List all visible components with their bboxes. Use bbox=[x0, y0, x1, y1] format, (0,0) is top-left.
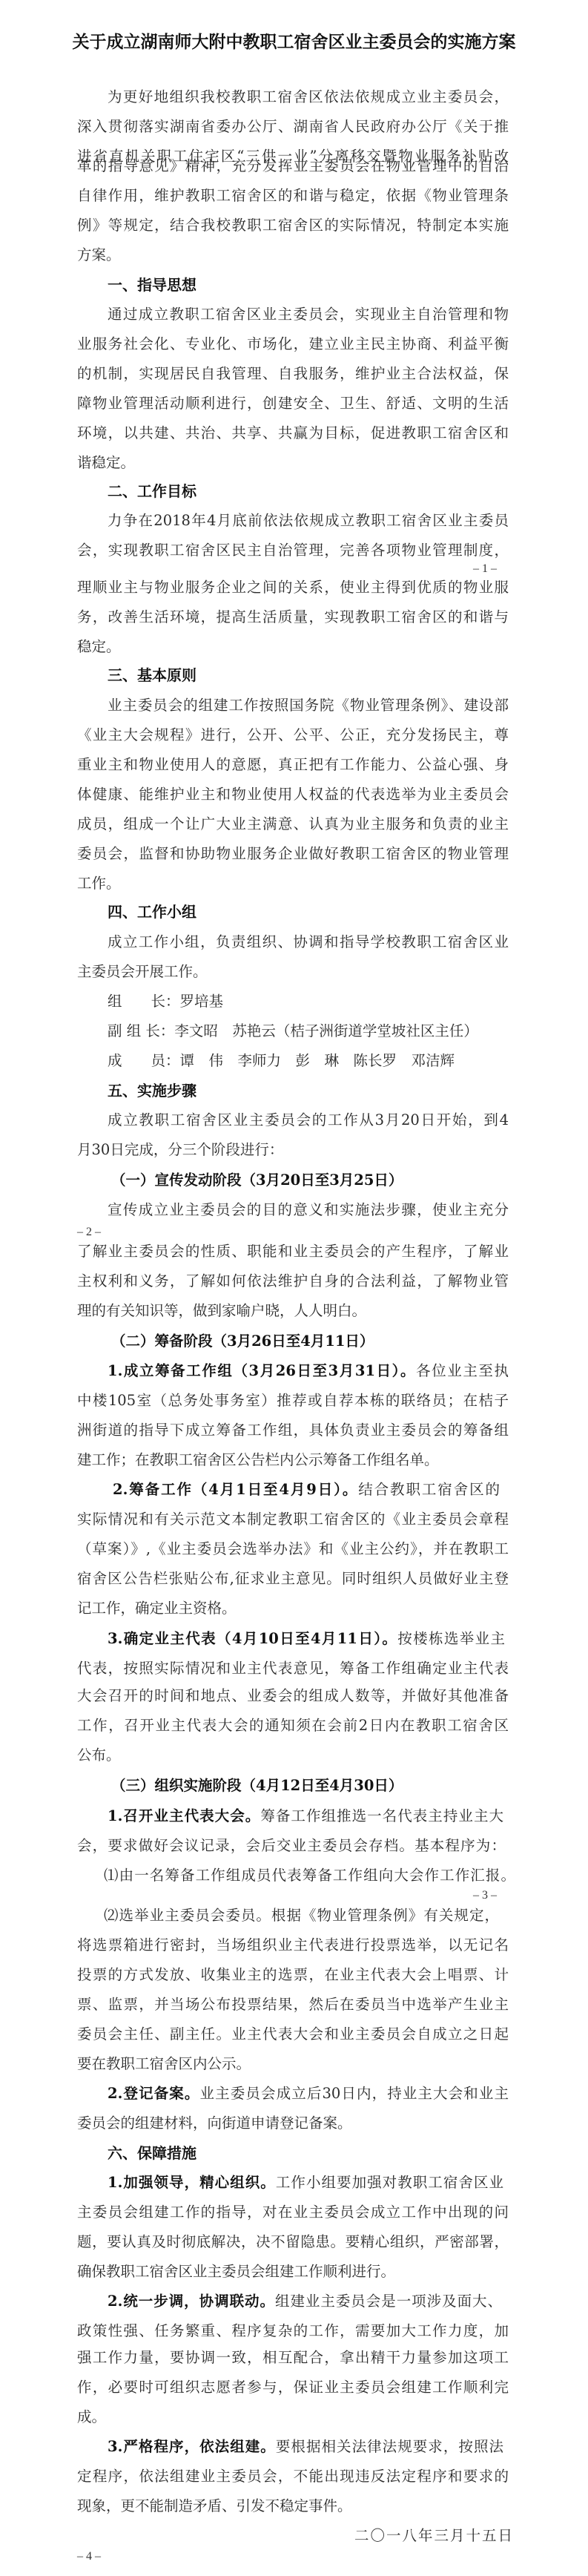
item-bold-lead: 1.召开业主代表大会。 bbox=[108, 1807, 260, 1824]
phase-2-heading: （二）筹备阶段（3月26日至4月11日） bbox=[111, 1327, 374, 1356]
paragraph-line: 务，改善生活环境，提高生活质量，实现教职工宿舍区的和谐与 bbox=[77, 602, 509, 632]
section-heading-work-group: 四、工作小组 bbox=[108, 897, 196, 927]
paragraph-line: 理顺业主与物业服务企业之间的关系，使业主得到优质的物业服 bbox=[77, 573, 509, 602]
item-bold-lead: 2.筹备工作（4月1日至4月9日）。 bbox=[113, 1481, 358, 1498]
item-text: 要根据相关法律法规要求，按照法 bbox=[276, 2438, 503, 2455]
paragraph-line: 题，要认真及时彻底解决，决不留隐患。要精心组织，严密部署， bbox=[77, 2227, 509, 2257]
intro-line: 自律作用，维护教职工宿舍区的和谐与稳定，依据《物业管理条 bbox=[77, 181, 509, 211]
paragraph-line: 公布。 bbox=[77, 1741, 509, 1770]
procedure-step-1: ⑴由一名筹备工作组成员代表筹备工作组向大会作工作汇报。 bbox=[104, 1861, 515, 1890]
item-text: 各位业主至执 bbox=[416, 1362, 509, 1379]
paragraph-line: 宣传成立业主委员会的目的意义和实施法步骤，使业主充分 bbox=[108, 1195, 509, 1225]
paragraph-line: 力争在2018年4月底前依法依规成立教职工宿舍区业主委员 bbox=[108, 506, 509, 536]
paragraph-line: 环境，以共建、共治、共享、共赢为目标，促进教职工宿舍区和 bbox=[77, 418, 509, 448]
phase-3-item-1: 1.召开业主代表大会。筹备工作组推选一名代表主持业主大 bbox=[108, 1801, 503, 1831]
item-text: 筹备工作组推选一名代表主持业主大 bbox=[260, 1807, 503, 1824]
paragraph-line: 业服务社会化、专业化、市场化，建立业主民主协商、利益平衡 bbox=[77, 329, 509, 359]
phase-2-item-2: 2.筹备工作（4月1日至4月9日）。结合教职工宿舍区的 bbox=[113, 1475, 500, 1505]
item-text: 按楼栋选举业主 bbox=[397, 1630, 505, 1647]
item-text: 组建业主委员会是一项涉及面大、 bbox=[275, 2293, 502, 2310]
item-bold-lead: 3.确定业主代表（4月10日至4月11日）。 bbox=[108, 1630, 397, 1647]
paragraph-line: 成立工作小组，负责组织、协调和指导学校教职工宿舍区业 bbox=[108, 927, 509, 957]
paragraph-line: 《业主大会规程》进行，公开、公平、公正，充分发扬民主，尊 bbox=[77, 720, 509, 750]
paragraph-line: 定程序，依法组建业主委员会，不能出现违反法定程序和要求的 bbox=[77, 2462, 509, 2491]
paragraph-line: 主权利和义务，了解如何依法维护自身的合法利益，了解物业管 bbox=[77, 1266, 509, 1296]
paragraph-line: 强工作力量，要协调一致，相互配合，拿出精干力量参加这项工 bbox=[77, 2343, 509, 2373]
member-names: 李文昭 苏艳云（桔子洲街道学堂坡社区主任） bbox=[174, 1022, 478, 1039]
section-heading-basic-principles: 三、基本原则 bbox=[108, 660, 196, 690]
intro-line: 革的指导意见》精神，充分发挥业主委员会在物业管理中的自治 bbox=[77, 151, 509, 181]
paragraph-line: 会，实现教职工宿舍区民主自治管理，完善各项物业管理制度， bbox=[77, 536, 509, 565]
paragraph-line: 重业主和物业使用人的意愿，真正把有工作能力、公益心强、身 bbox=[77, 750, 509, 780]
paragraph-line: 建工作；在教职工宿舍区公告栏内公示筹备工作组名单。 bbox=[77, 1445, 509, 1475]
section-heading-guiding-ideology: 一、指导思想 bbox=[108, 270, 196, 300]
phase-3-item-2: 2.登记备案。业主委员会成立后30日内，持业主大会和业主 bbox=[108, 2079, 509, 2109]
paragraph-line: 现象，更不能制造矛盾、引发不稳定事件。 bbox=[77, 2491, 509, 2521]
paragraph-line: 理的有关知识等，做到家喻户晓，人人明白。 bbox=[77, 1296, 509, 1326]
paragraph-line: 稳定。 bbox=[77, 632, 509, 662]
phase-2-item-1: 1.成立筹备工作组（3月26日至3月31日）。各位业主至执 bbox=[108, 1356, 509, 1386]
member-row-leader: 组 长：罗培基 bbox=[108, 987, 509, 1016]
paragraph-line: 主委员会组建工作的指导，对在业主委员会成立工作中出现的问 bbox=[77, 2198, 509, 2227]
member-row-deputy: 副 组 长：李文昭 苏艳云（桔子洲街道学堂坡社区主任） bbox=[108, 1016, 509, 1046]
paragraph-line: 会，要求做好会议记录，会后交业主委员会存档。基本程序为： bbox=[77, 1831, 506, 1861]
paragraph-line: 谐稳定。 bbox=[77, 448, 509, 478]
safeguard-item-2: 2.统一步调，协调联动。组建业主委员会是一项涉及面大、 bbox=[108, 2287, 502, 2316]
paragraph-line: 业主委员会的组建工作按照国务院《物业管理条例》、建设部 bbox=[108, 691, 509, 720]
paragraph-line: 工作，召开业主代表大会的通知须在会前2日内在教职工宿舍区 bbox=[77, 1711, 509, 1741]
member-role: 副 组 长： bbox=[108, 1022, 174, 1039]
paragraph-line: 委员会的组建材料，向街道申请登记备案。 bbox=[77, 2109, 509, 2138]
intro-line: 深入贯彻落实湖南省委办公厅、湖南省人民政府办公厅《关于推 bbox=[77, 112, 509, 142]
procedure-step-2: ⑵选举业主委员会委员。根据《物业管理条例》有关规定， bbox=[104, 1901, 499, 1931]
paragraph-line: 通过成立教职工宿舍区业主委员会，实现业主自治管理和物 bbox=[108, 300, 509, 329]
item-bold-lead: 1.加强领导，精心组织。 bbox=[108, 2174, 276, 2191]
member-role: 成 员： bbox=[108, 1052, 180, 1069]
paragraph-line: 中楼105室（总务处事务室）推荐或自荐本栋的联络员；在桔子 bbox=[77, 1386, 509, 1416]
document-date: 二〇一八年三月十五日 bbox=[354, 2521, 514, 2551]
paragraph-line: 体健康、能维护业主和物业使用人权益的代表选举为业主委员会 bbox=[77, 780, 509, 809]
paragraph-line: 月30日完成，分三个阶段进行： bbox=[77, 1135, 509, 1165]
phase-2-item-3: 3.确定业主代表（4月10日至4月11日）。按楼栋选举业主 bbox=[108, 1624, 505, 1654]
item-bold-lead: 1.成立筹备工作组（3月26日至3月31日）。 bbox=[108, 1362, 416, 1379]
safeguard-item-3: 3.严格程序，依法组建。要根据相关法律法规要求，按照法 bbox=[108, 2432, 503, 2462]
paragraph-line: 票、监票，并当场公布投票结果，然后在委员当中选举产生业主 bbox=[77, 1990, 509, 2020]
phase-3-heading: （三）组织实施阶段（4月12日至4月30日） bbox=[111, 1771, 403, 1801]
paragraph-line: 的机制，实现居民自我管理、自我服务，维护业主合法权益，保 bbox=[77, 359, 509, 389]
paragraph-line: 大会召开的时间和地点、业委会的组成人数等，并做好其他准备 bbox=[77, 1681, 509, 1711]
item-bold-lead: 3.严格程序，依法组建。 bbox=[108, 2438, 276, 2455]
paragraph-line: 成立教职工宿舍区业主委员会的工作从3月20日开始，到4 bbox=[108, 1105, 509, 1135]
intro-line: 方案。 bbox=[77, 240, 509, 270]
paragraph-line: 宿舍区公告栏张贴公布,征求业主意见。同时组织人员做好业主登 bbox=[77, 1564, 509, 1594]
paragraph-line: 实际情况和有关示范文本制定教职工宿舍区的《业主委员会章程 bbox=[77, 1505, 509, 1534]
paragraph-line: 代表，按照实际情况和业主代表意见，筹备工作组确定业主代表 bbox=[77, 1654, 509, 1683]
intro-line: 为更好地组织我校教职工宿舍区依法依规成立业主委员会， bbox=[108, 82, 509, 112]
phase-1-heading: （一）宣传发动阶段（3月20日至3月25日） bbox=[111, 1166, 403, 1195]
section-heading-implementation-steps: 五、实施步骤 bbox=[108, 1076, 196, 1105]
paragraph-line: 障物业管理活动顺利进行，创建安全、卫生、舒适、文明的生活 bbox=[77, 389, 509, 418]
section-heading-work-goals: 二、工作目标 bbox=[108, 476, 196, 506]
paragraph-line: 工作。 bbox=[77, 869, 509, 898]
paragraph-line: 政策性强、任务繁重、程序复杂的工作，需要加大工作力度，加 bbox=[77, 2316, 509, 2346]
paragraph-line: 委员会，监督和协助物业服务企业做好教职工宿舍区的物业管理 bbox=[77, 839, 509, 869]
item-text: 工作小组要加强对教职工宿舍区业 bbox=[276, 2174, 503, 2191]
paragraph-line: 主委员会开展工作。 bbox=[77, 957, 509, 987]
paragraph-line: 作，必要时可组织志愿者参与，保证业主委员会组建工作顺利完 bbox=[77, 2373, 509, 2402]
paragraph-line: 记工作，确定业主资格。 bbox=[77, 1594, 509, 1623]
item-text: 结合教职工宿舍区的 bbox=[358, 1481, 500, 1498]
page-number-4: – 4 – bbox=[77, 2550, 101, 2563]
document-title: 关于成立湖南师大附中教职工宿舍区业主委员会的实施方案 bbox=[0, 28, 588, 53]
paragraph-line: 洲街道的指导下成立筹备工作组，具体负责业主委员会的筹备组 bbox=[77, 1416, 509, 1445]
paragraph-line: 将选票箱进行密封，当场组织业主代表进行投票选举，以无记名 bbox=[77, 1931, 509, 1960]
paragraph-line: 委员会主任、副主任。业主代表大会和业主委员会自成立之日起 bbox=[77, 2020, 509, 2049]
section-heading-safeguard-measures: 六、保障措施 bbox=[108, 2138, 196, 2168]
member-names: 罗培基 bbox=[180, 993, 224, 1010]
safeguard-item-1: 1.加强领导，精心组织。工作小组要加强对教职工宿舍区业 bbox=[108, 2168, 503, 2198]
paragraph-line: 成。 bbox=[77, 2402, 509, 2432]
paragraph-line: 投票的方式发放、收集业主的选票，在业主代表大会上唱票、计 bbox=[77, 1960, 509, 1990]
paragraph-line: （草案）》,《业主委员会选举办法》和《业主公约》，并在教职工 bbox=[77, 1534, 509, 1564]
item-bold-lead: 2.统一步调，协调联动。 bbox=[108, 2293, 275, 2310]
paragraph-line: 要在教职工宿舍区内公示。 bbox=[77, 2049, 509, 2079]
intro-line: 例》等规定，结合我校教职工宿舍区的实际情况，特制定本实施 bbox=[77, 211, 509, 240]
member-names: 谭 伟 李师力 彭 琳 陈长罗 邓洁辉 bbox=[180, 1052, 455, 1069]
item-text: 业主委员会成立后30日内，持业主大会和业主 bbox=[200, 2085, 509, 2102]
item-bold-lead: 2.登记备案。 bbox=[108, 2085, 200, 2102]
member-role: 组 长： bbox=[108, 993, 180, 1010]
paragraph-line: 了解业主委员会的性质、职能和业主委员会的产生程序，了解业 bbox=[77, 1237, 509, 1266]
paragraph-line: 成员，组成一个让广大业主满意、认真为业主服务和负责的业主 bbox=[77, 809, 509, 839]
member-row-members: 成 员：谭 伟 李师力 彭 琳 陈长罗 邓洁辉 bbox=[108, 1046, 509, 1076]
paragraph-line: 确保教职工宿舍区业主委员会组建工作顺利进行。 bbox=[77, 2257, 509, 2287]
